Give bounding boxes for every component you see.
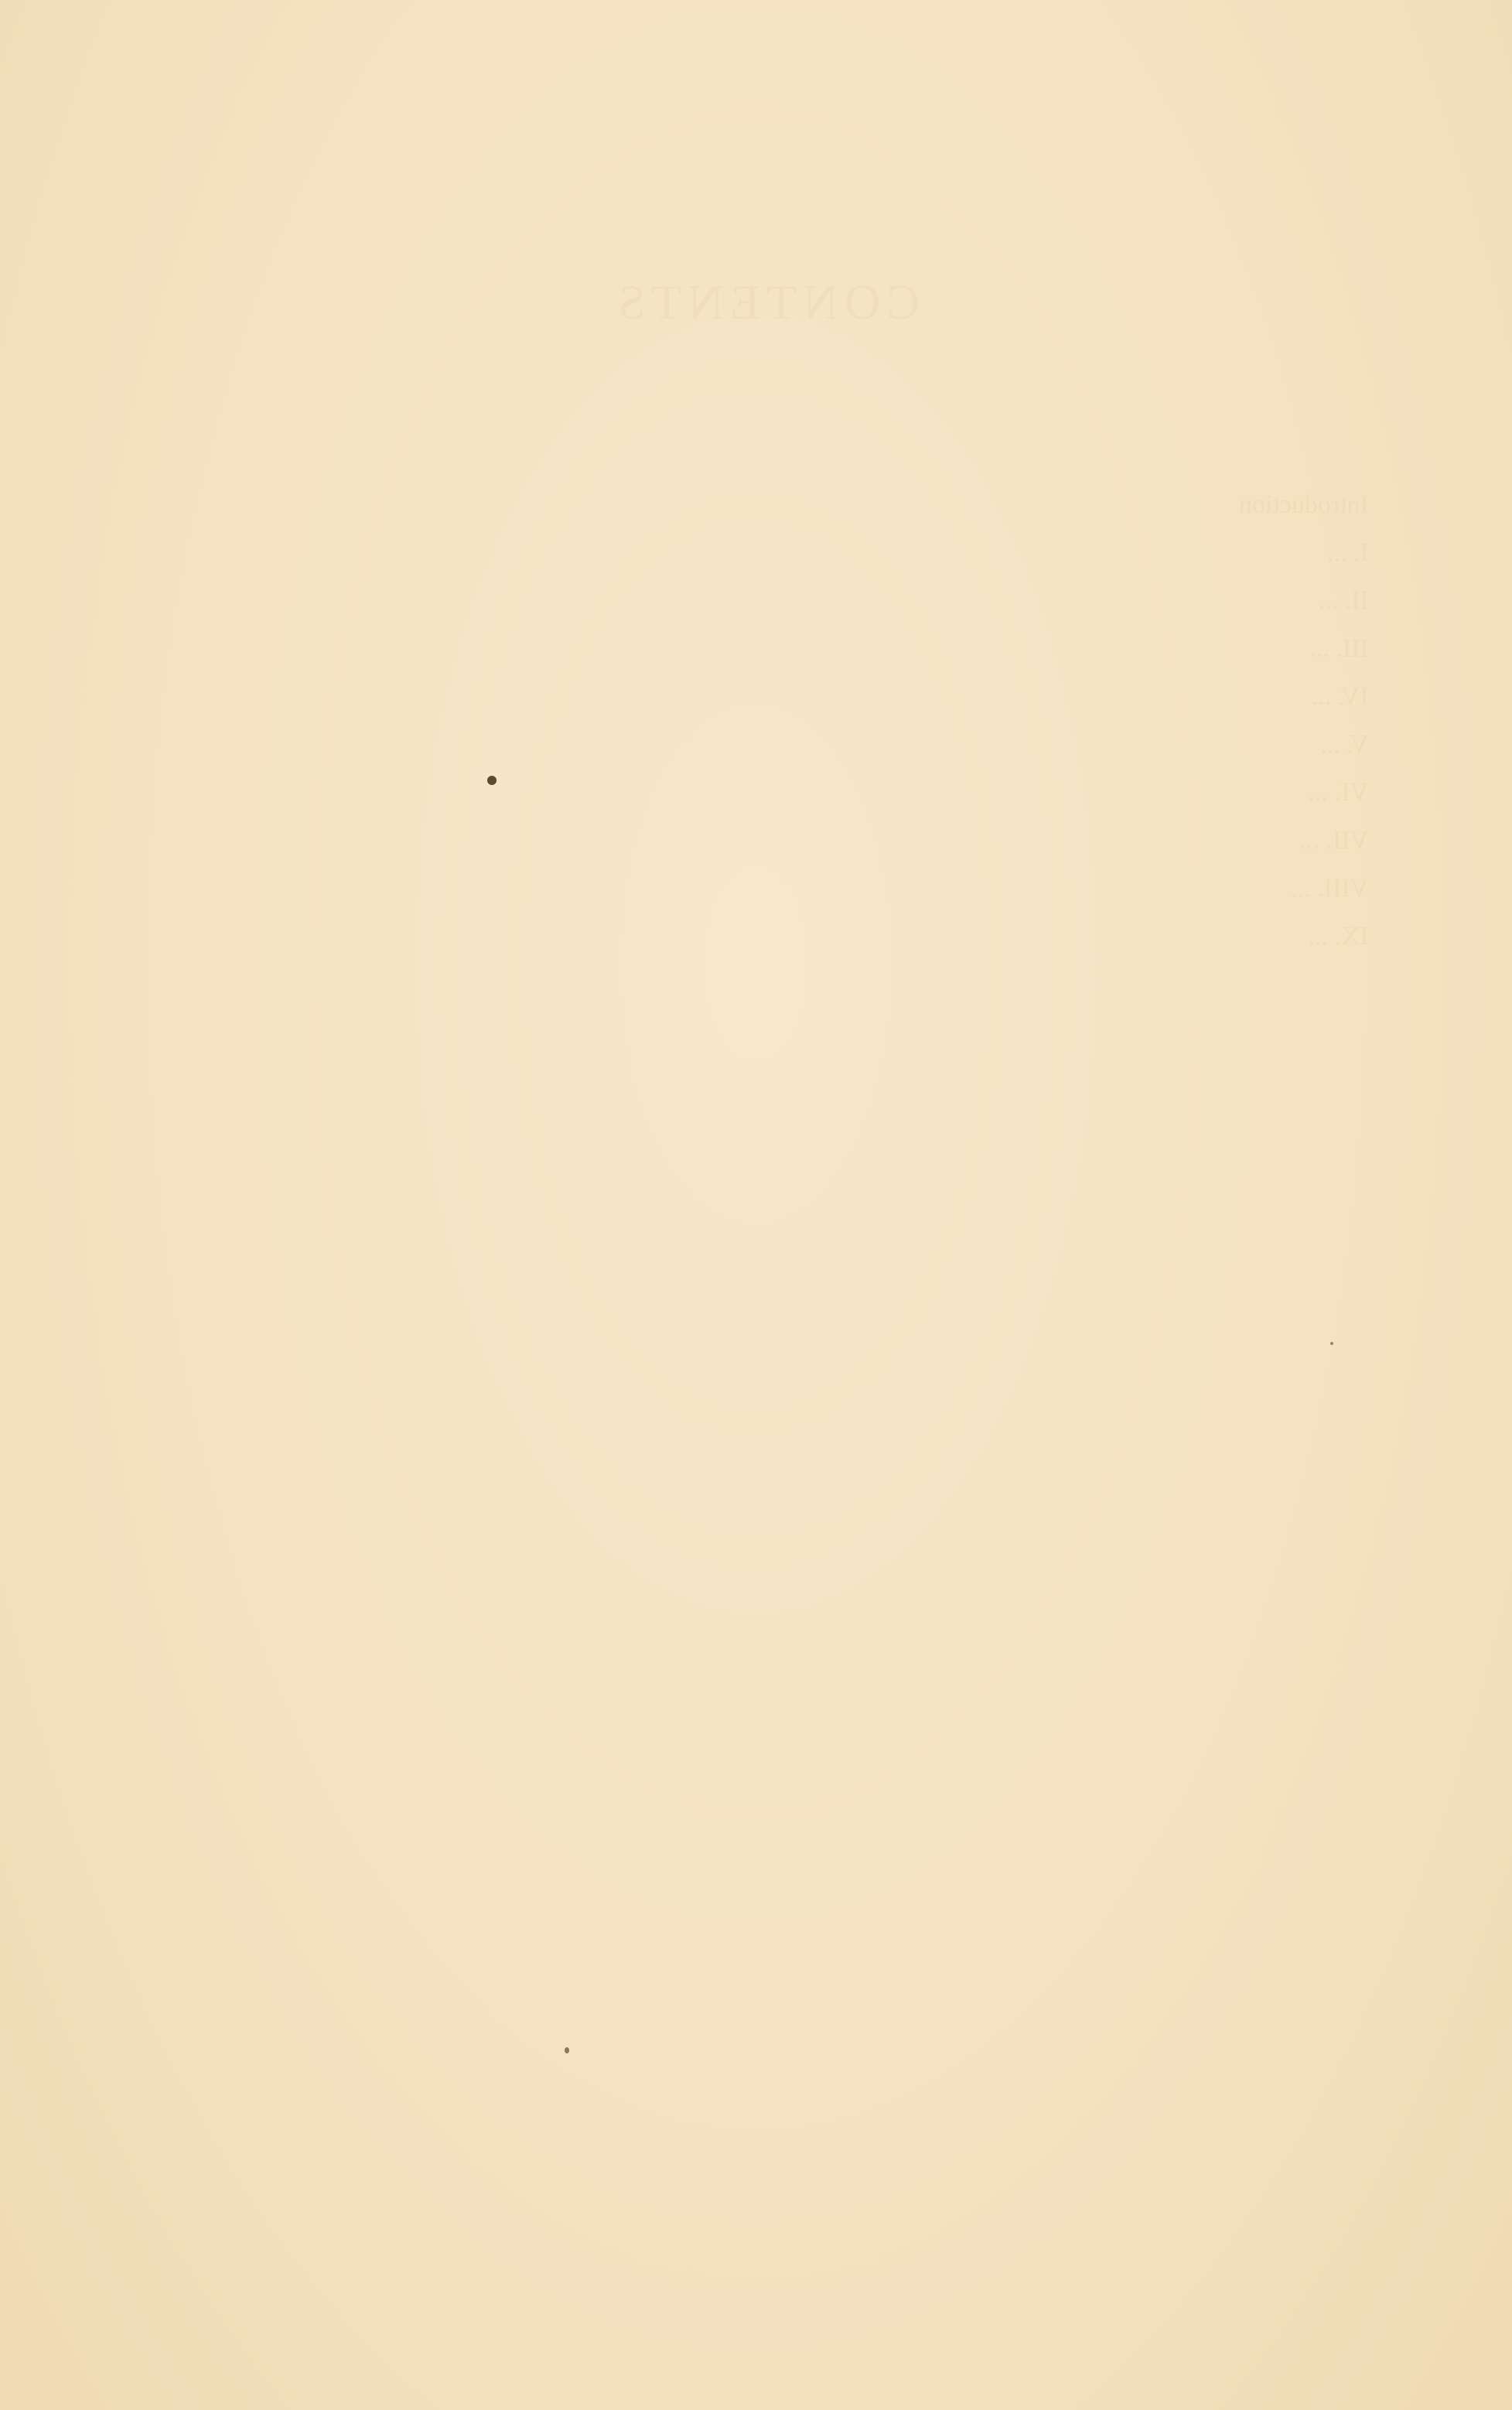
ghost-line: IV. ... — [162, 673, 1369, 721]
ghost-line: II. ... — [162, 577, 1369, 625]
ink-speck — [565, 2047, 569, 2053]
ink-speck — [1330, 1342, 1333, 1345]
ghost-line: Introduction — [162, 481, 1369, 529]
ghost-heading: CONTENTS — [162, 278, 1369, 326]
ink-speck — [487, 776, 497, 785]
ghost-line: VIII. ... — [162, 865, 1369, 913]
ghost-line: I. ... — [162, 529, 1369, 577]
ghost-line: III. ... — [162, 625, 1369, 673]
ghost-line: V. ... — [162, 721, 1369, 769]
ghost-line: VI. ... — [162, 769, 1369, 817]
bleed-through-text: CONTENTS Introduction I. ... II. ... III… — [162, 278, 1369, 961]
ghost-line: VII. ... — [162, 817, 1369, 865]
ghost-line: IX. ... — [162, 913, 1369, 961]
